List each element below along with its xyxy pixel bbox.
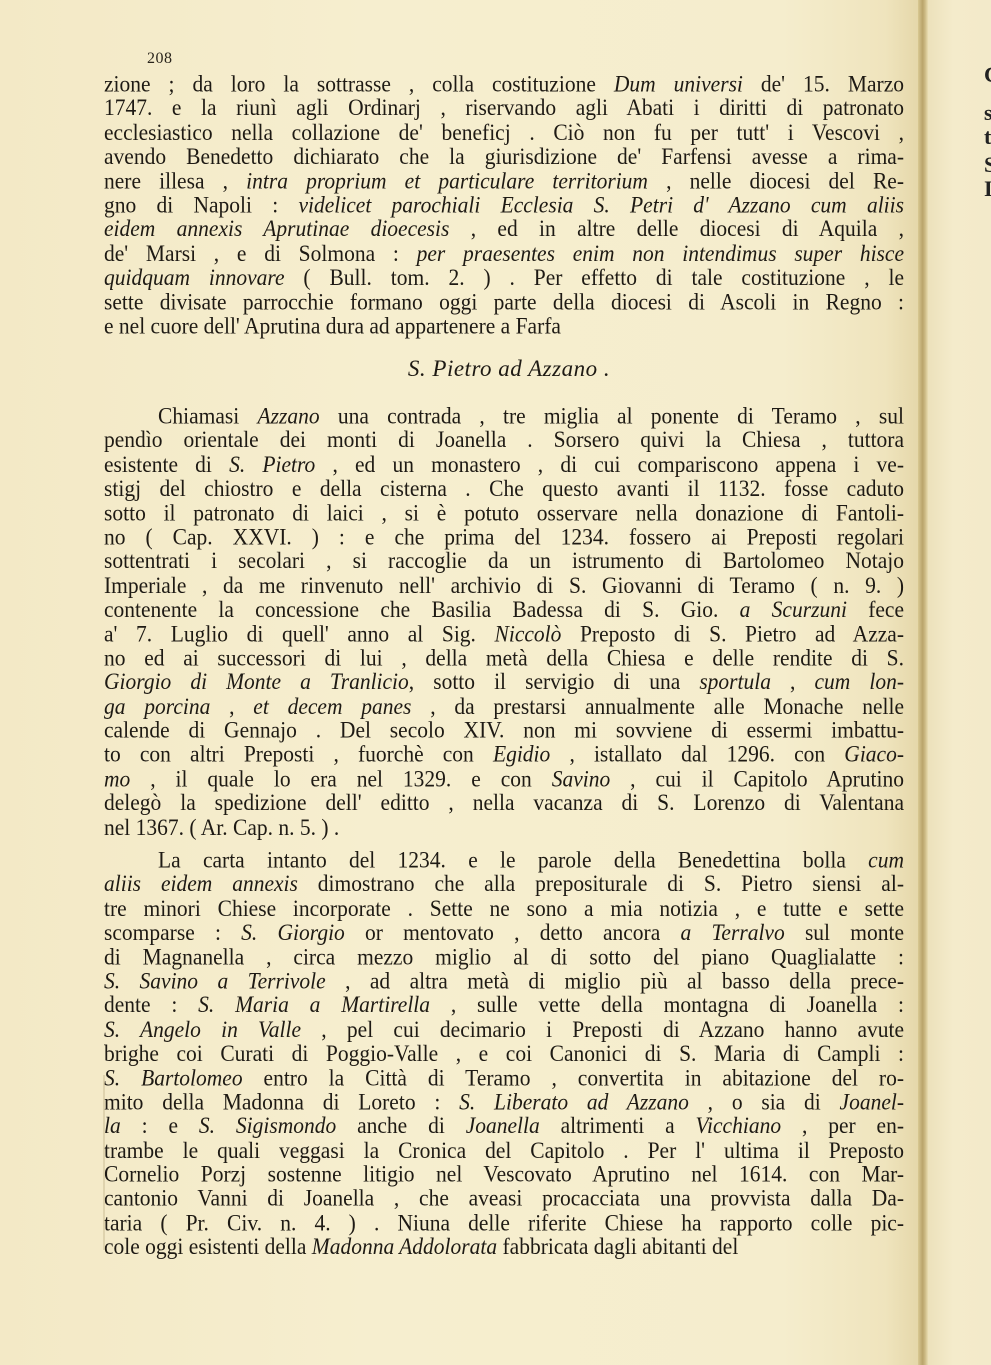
text-run: , istallato dal 1296. con xyxy=(550,741,844,767)
text-run: dimostrano che alla prepositurale di S. … xyxy=(298,871,904,897)
text-line: la : e S. Sigismondo anche di Joanella a… xyxy=(104,1114,904,1138)
text-run: , sulle vette della montagna di Joanella… xyxy=(430,992,904,1018)
text-line: zione ; da loro la sottrasse , colla cos… xyxy=(104,72,904,96)
text-line: S. Bartolomeo entro la Città di Teramo ,… xyxy=(104,1066,904,1090)
text-line: gno di Napoli : videlicet parochiali Ecc… xyxy=(104,193,904,217)
text-run: , xyxy=(771,669,815,695)
next-page-edge: CstSI xyxy=(928,0,991,1365)
text-run: , pel cui decimario i Preposti di Azzano… xyxy=(301,1016,904,1042)
italic-run: Giaco- xyxy=(844,741,904,767)
paragraph-continuation: zione ; da loro la sottrasse , colla cos… xyxy=(104,72,904,338)
text-line: cole oggi esistenti della Madonna Addolo… xyxy=(104,1235,904,1259)
text-run: e nel cuore dell' Aprutina dura ad appar… xyxy=(104,313,561,339)
italic-run: Giorgio di Monte a Tranlicio xyxy=(104,669,409,695)
italic-run: eidem annexis Aprutinae dioecesis xyxy=(104,216,449,242)
text-run: , nelle diocesi del Re- xyxy=(648,168,904,194)
margin-mark xyxy=(103,1075,105,1250)
text-line: a' 7. Luglio di quell' anno al Sig. Nicc… xyxy=(104,622,904,646)
italic-run: ga porcina xyxy=(104,693,210,719)
italic-run: per praesentes enim non intendimus super… xyxy=(417,240,904,266)
text-run: pendìo orientale dei monti di Joanella .… xyxy=(104,427,904,453)
text-run: : e xyxy=(121,1113,199,1139)
section-heading: S. Pietro ad Azzano . xyxy=(0,356,922,382)
italic-run: S. Liberato ad Azzano xyxy=(459,1089,689,1115)
text-run: Preposto di S. Pietro ad Azza- xyxy=(561,621,904,647)
next-page-text-fragment: C xyxy=(984,62,991,88)
text-run: no ( Cap. XXVI. ) : e che prima del 1234… xyxy=(104,524,904,550)
text-run: , sotto il servigio di una xyxy=(409,669,700,695)
text-run: La carta intanto del 1234. e le parole d… xyxy=(158,847,868,873)
italic-run: et decem panes xyxy=(253,693,411,719)
text-line: cantonio Vanni di Joanella , che aveasi … xyxy=(104,1187,904,1211)
text-run: nere illesa , xyxy=(104,168,246,194)
italic-run: cum lon- xyxy=(815,669,905,695)
italic-run: Vicchiano xyxy=(696,1113,782,1139)
text-line: S. Angelo in Valle , pel cui decimario i… xyxy=(104,1017,904,1041)
italic-run: S. Savino a Terrivole xyxy=(104,968,326,994)
italic-run: Madonna Addolorata xyxy=(312,1234,497,1260)
text-run: 1747. e la riunì agli Ordinarj , riserva… xyxy=(104,95,904,121)
text-run: , ed in altre delle diocesi di Aquila , xyxy=(449,216,904,242)
italic-run: la xyxy=(104,1113,121,1139)
text-run: esistente di xyxy=(104,451,229,477)
text-line: trambe le quali veggasi la Cronica del C… xyxy=(104,1138,904,1162)
text-run: , da prestarsi annualmente alle Monache … xyxy=(411,693,904,719)
italic-run: Azzano xyxy=(257,403,319,429)
italic-run: Savino xyxy=(552,766,611,792)
text-line: sottentrati i secolari , si raccoglie da… xyxy=(104,549,904,573)
text-line: mo , il quale lo era nel 1329. e con Sav… xyxy=(104,767,904,791)
text-run: brighe coi Curati di Poggio-Valle , e co… xyxy=(104,1040,904,1066)
text-run: contenente la concessione che Basilia Ba… xyxy=(104,596,740,622)
italic-run: quidquam innovare xyxy=(104,264,285,290)
text-line: mito della Madonna di Loreto : S. Libera… xyxy=(104,1090,904,1114)
text-line: nel 1367. ( Ar. Cap. n. 5. ) . xyxy=(104,815,904,839)
italic-run: S. Pietro xyxy=(229,451,315,477)
text-line: no ( Cap. XXVI. ) : e che prima del 1234… xyxy=(104,525,904,549)
italic-run: Egidio xyxy=(493,741,550,767)
text-run: sul monte xyxy=(785,919,904,945)
text-run: taria ( Pr. Civ. n. 4. ) . Niuna delle r… xyxy=(104,1210,904,1236)
text-run: stigj del chiostro e della cisterna . Ch… xyxy=(104,475,904,501)
italic-run: Joanella xyxy=(466,1113,540,1139)
italic-run: S. Sigismondo xyxy=(199,1113,336,1139)
text-line: brighe coi Curati di Poggio-Valle , e co… xyxy=(104,1041,904,1065)
italic-run: Niccolò xyxy=(495,621,562,647)
text-run: di Magnanella , circa mezzo miglio al di… xyxy=(104,944,904,970)
text-run: scomparse : xyxy=(104,919,241,945)
italic-run: videlicet parochiali Ecclesia S. Petri d… xyxy=(298,192,904,218)
text-run: cole oggi esistenti della xyxy=(104,1234,312,1260)
italic-run: sportula xyxy=(699,669,771,695)
next-page-text-fragment: S xyxy=(984,152,991,178)
italic-run: Joanel- xyxy=(840,1089,904,1115)
text-run: una contrada , tre miglia al ponente di … xyxy=(320,403,904,429)
text-run: Imperiale , da me rinvenuto nell' archiv… xyxy=(104,572,904,598)
italic-run: intra proprium et particulare territoriu… xyxy=(246,168,648,194)
italic-run: S. Maria a Martirella xyxy=(198,992,430,1018)
text-run: nel 1367. ( Ar. Cap. n. 5. ) . xyxy=(104,814,339,840)
text-line: contenente la concessione che Basilia Ba… xyxy=(104,597,904,621)
text-run: no ed ai successori di lui , della metà … xyxy=(104,645,904,671)
text-line: nere illesa , intra proprium et particul… xyxy=(104,169,904,193)
text-run: sottentrati i secolari , si raccoglie da… xyxy=(104,548,904,574)
text-line: scomparse : S. Giorgio or mentovato , de… xyxy=(104,921,904,945)
text-line: quidquam innovare ( Bull. tom. 2. ) . Pe… xyxy=(104,265,904,289)
text-run: , xyxy=(210,693,253,719)
text-run: tre minori Chiese incorporate . Sette ne… xyxy=(104,895,904,921)
book-page: 208 zione ; da loro la sottrasse , colla… xyxy=(0,0,922,1365)
text-line: ga porcina , et decem panes , da prestar… xyxy=(104,694,904,718)
italic-run: S. Giorgio xyxy=(241,919,345,945)
text-run: avendo Benedetto dichiarato che la giuri… xyxy=(104,143,904,169)
text-run: , ad altra metà di miglio più al basso d… xyxy=(326,968,904,994)
italic-run: a Terralvo xyxy=(680,919,784,945)
text-line: ecclesiastico nella collazione de' benef… xyxy=(104,120,904,144)
text-run: ( Bull. tom. 2. ) . Per effetto di tale … xyxy=(285,264,904,290)
text-line: to con altri Preposti , fuorchè con Egid… xyxy=(104,743,904,767)
text-run: Cornelio Porzj sostenne litigio nel Vesc… xyxy=(104,1161,904,1187)
text-run: de' Marsi , e di Solmona : xyxy=(104,240,417,266)
italic-run: S. Bartolomeo xyxy=(104,1065,243,1091)
text-run: anche di xyxy=(336,1113,465,1139)
text-line: pendìo orientale dei monti di Joanella .… xyxy=(104,428,904,452)
text-line: La carta intanto del 1234. e le parole d… xyxy=(104,848,904,872)
italic-run: mo xyxy=(104,766,130,792)
text-line: Cornelio Porzj sostenne litigio nel Vesc… xyxy=(104,1162,904,1186)
text-run: , cui il Capitolo Aprutino xyxy=(610,766,904,792)
text-line: S. Savino a Terrivole , ad altra metà di… xyxy=(104,969,904,993)
text-line: no ed ai successori di lui , della metà … xyxy=(104,646,904,670)
italic-run: S. Angelo in Valle xyxy=(104,1016,301,1042)
text-line: 1747. e la riunì agli Ordinarj , riserva… xyxy=(104,96,904,120)
paragraph-incorporated-churches: La carta intanto del 1234. e le parole d… xyxy=(104,848,904,1259)
italic-run: cum xyxy=(868,847,904,873)
text-line: calende di Gennajo . Del secolo XIV. non… xyxy=(104,718,904,742)
text-run: , ed un monastero , di cui compariscono … xyxy=(315,451,904,477)
text-run: Chiamasi xyxy=(158,403,257,429)
text-line: sette divisate parrocchie formano oggi p… xyxy=(104,290,904,314)
text-line: tre minori Chiese incorporate . Sette ne… xyxy=(104,896,904,920)
text-line: avendo Benedetto dichiarato che la giuri… xyxy=(104,145,904,169)
text-run: calende di Gennajo . Del secolo XIV. non… xyxy=(104,717,904,743)
text-line: stigj del chiostro e della cisterna . Ch… xyxy=(104,477,904,501)
text-run: zione ; da loro la sottrasse , colla cos… xyxy=(104,71,614,97)
text-line: sotto il patronato di laici , si è potut… xyxy=(104,501,904,525)
text-line: aliis eidem annexis dimostrano che alla … xyxy=(104,872,904,896)
text-line: Chiamasi Azzano una contrada , tre migli… xyxy=(104,404,904,428)
text-run: sotto il patronato di laici , si è potut… xyxy=(104,500,904,526)
text-run: or mentovato , detto ancora xyxy=(345,919,681,945)
text-line: e nel cuore dell' Aprutina dura ad appar… xyxy=(104,314,904,338)
text-line: di Magnanella , circa mezzo miglio al di… xyxy=(104,945,904,969)
text-line: Imperiale , da me rinvenuto nell' archiv… xyxy=(104,573,904,597)
text-run: , o sia di xyxy=(689,1089,840,1115)
text-run: , il quale lo era nel 1329. e con xyxy=(130,766,551,792)
text-run: ecclesiastico nella collazione de' benef… xyxy=(104,119,904,145)
text-line: Giorgio di Monte a Tranlicio, sotto il s… xyxy=(104,670,904,694)
text-run: altrimenti a xyxy=(540,1113,696,1139)
text-run: sette divisate parrocchie formano oggi p… xyxy=(104,289,904,315)
next-page-text-fragment: s xyxy=(984,100,991,126)
text-line: esistente di S. Pietro , ed un monastero… xyxy=(104,452,904,476)
text-line: dente : S. Maria a Martirella , sulle ve… xyxy=(104,993,904,1017)
text-run: cantonio Vanni di Joanella , che aveasi … xyxy=(104,1185,904,1211)
paragraph-azzano-intro: Chiamasi Azzano una contrada , tre migli… xyxy=(104,404,904,839)
italic-run: a Scurzuni xyxy=(740,596,847,622)
text-run: trambe le quali veggasi la Cronica del C… xyxy=(104,1137,904,1163)
text-run: a' 7. Luglio di quell' anno al Sig. xyxy=(104,621,495,647)
page-number: 208 xyxy=(147,50,173,68)
text-line: taria ( Pr. Civ. n. 4. ) . Niuna delle r… xyxy=(104,1211,904,1235)
book-gutter xyxy=(918,0,928,1365)
italic-run: aliis eidem annexis xyxy=(104,871,298,897)
text-run: entro la Città di Teramo , convertita in… xyxy=(243,1065,904,1091)
text-run: dente : xyxy=(104,992,198,1018)
text-run: , per en- xyxy=(781,1113,904,1139)
text-run: de' 15. Marzo xyxy=(743,71,904,97)
text-line: eidem annexis Aprutinae dioecesis , ed i… xyxy=(104,217,904,241)
text-run: gno di Napoli : xyxy=(104,192,298,218)
text-line: delegò la spedizione dell' editto , nell… xyxy=(104,791,904,815)
next-page-text-fragment: t xyxy=(984,124,991,150)
text-run: delegò la spedizione dell' editto , nell… xyxy=(104,790,904,816)
italic-run: Dum universi xyxy=(614,71,743,97)
text-run: fece xyxy=(847,596,904,622)
text-run: to con altri Preposti , fuorchè con xyxy=(104,741,493,767)
text-run: fabbricata dagli abitanti del xyxy=(497,1234,738,1260)
text-line: de' Marsi , e di Solmona : per praesente… xyxy=(104,241,904,265)
text-run: mito della Madonna di Loreto : xyxy=(104,1089,459,1115)
next-page-text-fragment: I xyxy=(984,176,991,202)
